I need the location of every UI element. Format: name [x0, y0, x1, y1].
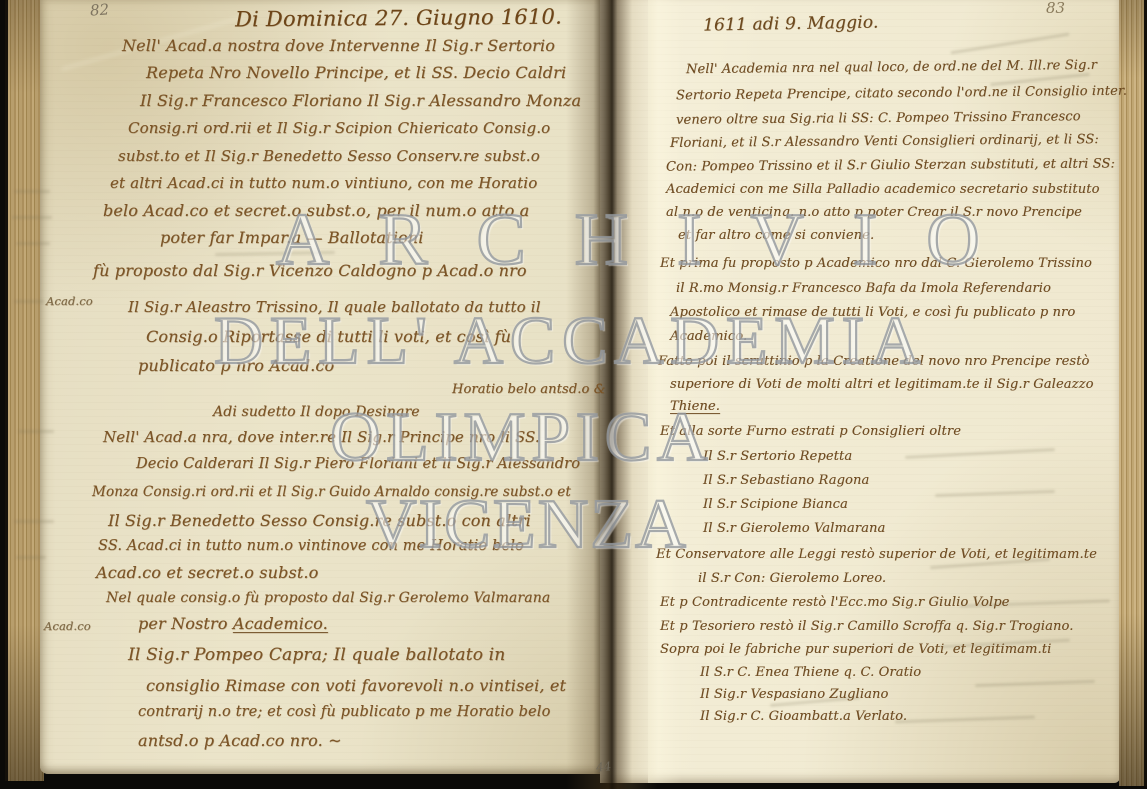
manuscript-line: Consig.ri ord.rii et Il Sig.r Scipion Ch… [128, 119, 550, 137]
manuscript-line: Adi sudetto Il dopo Desinare [213, 404, 420, 420]
manuscript-line: al n.o de venticinq. n.o atto p poter Cr… [666, 205, 1082, 220]
manuscript-line: belo Acad.co et secret.o subst.o, per il… [103, 201, 529, 220]
manuscript-line: Il S.r Sebastiano Ragona [703, 473, 869, 488]
manuscript-line: superiore di Voti de molti altri et legi… [670, 377, 1094, 392]
manuscript-line: Horatio belo antsd.o & [452, 382, 605, 397]
manuscript-line: il R.mo Monsig.r Francesco Bafa da Imola… [676, 281, 1051, 296]
manuscript-line: consiglio Rimase con voti favorevoli n.o… [146, 676, 566, 695]
margin-note-academico: Acad.co [46, 294, 93, 308]
manuscript-line: et far altro come si conviene. [678, 228, 874, 243]
left-page-date-heading: Di Dominica 27. Giugno 1610. [235, 5, 562, 32]
gutter-foliation-number: 44 [595, 759, 612, 775]
manuscript-line: Il Sig.r Pompeo Capra; Il quale ballotat… [128, 645, 505, 665]
bleed-through-text [18, 430, 54, 433]
manuscript-line: Et prima fu proposto p Academico nro dal… [660, 256, 1092, 271]
manuscript-line: Thiene. [670, 399, 720, 414]
manuscript-line: Et alla sorte Furno estrati p Consiglier… [660, 424, 961, 439]
manuscript-line: Fatto poi il scruttinio p la Creatione d… [658, 354, 1090, 369]
manuscript-line: Sopra poi le fabriche pur superiori de V… [660, 642, 1051, 657]
manuscript-line: Apostolico et rimase de tutti li Voti, e… [670, 305, 1075, 320]
manuscript-line: fù proposto dal Sig.r Vicenzo Caldogno p… [93, 261, 527, 280]
manuscript-line: Il Sig.r Aleastro Trissino, Il quale bal… [128, 298, 541, 316]
manuscript-line: Academico. [670, 329, 747, 344]
manuscript-line: Acad.co et secret.o subst.o [96, 563, 318, 582]
manuscript-line: et altri Acad.ci in tutto num.o vintiuno… [110, 174, 537, 192]
manuscript-line: Repeta Nro Novello Principe, et li SS. D… [146, 63, 566, 82]
manuscript-line: per Nostro Academico. [138, 614, 328, 633]
line-text: per Nostro [138, 614, 233, 633]
manuscript-line: Nell' Acad.a nra, dove inter.re Il Sig.r… [103, 428, 540, 446]
bleed-through-text [14, 190, 50, 193]
manuscript-line: Monza Consig.ri ord.rii et Il Sig.r Guid… [92, 484, 571, 500]
manuscript-line: il S.r Con: Gierolemo Loreo. [698, 571, 886, 586]
manuscript-line: Nel quale consig.o fù proposto dal Sig.r… [106, 590, 550, 606]
manuscript-line: publicato p nro Acad.co [138, 356, 334, 375]
manuscript-line: Il Sig.r Francesco Floriano Il Sig.r Ale… [140, 91, 581, 110]
manuscript-line: antsd.o p Acad.co nro. ~ [138, 731, 342, 750]
bleed-through-text [16, 242, 50, 245]
manuscript-line: Il S.r Sertorio Repetta [703, 449, 852, 464]
manuscript-line: Il Sig.r Vespasiano Zugliano [700, 687, 888, 702]
margin-note-academico: Acad.co [44, 619, 91, 633]
manuscript-scan: 82 83 44 Di Dominica 27. Giugno 1610. Ne… [0, 0, 1147, 789]
manuscript-line: Il S.r Scipione Bianca [703, 497, 848, 512]
manuscript-line: Il S.r Gierolemo Valmarana [703, 521, 885, 536]
manuscript-line: Decio Calderari Il Sig.r Piero Floriani … [136, 456, 580, 472]
manuscript-line: Consig.o Riportasse di tutti li voti, et… [146, 327, 511, 346]
manuscript-line: Il Sig.r C. Gioambatt.a Verlato. [700, 709, 907, 724]
manuscript-line: Il S.r C. Enea Thiene q. C. Oratio [700, 665, 921, 680]
manuscript-line: Et Conservatore alle Leggi restò superio… [656, 547, 1097, 562]
manuscript-line: Et p Tesoriero restò il Sig.r Camillo Sc… [660, 619, 1073, 634]
manuscript-line: Nell' Acad.a nostra dove Intervenne Il S… [122, 36, 555, 55]
manuscript-line: Et p Contradicente restò l'Ecc.mo Sig.r … [660, 595, 1009, 610]
underlined-word: Academico. [233, 614, 328, 633]
left-fore-edge [5, 0, 44, 781]
manuscript-line: Academici con me Silla Palladio academic… [666, 182, 1100, 197]
manuscript-line: Con: Pompeo Trissino et il S.r Giulio St… [666, 156, 1115, 174]
manuscript-line: Il Sig.r Benedetto Sesso Consig.re subst… [108, 511, 531, 530]
bleed-through-text [14, 520, 54, 523]
manuscript-line: SS. Acad.ci in tutto num.o vintinove con… [98, 538, 524, 554]
folio-number-left: 82 [89, 0, 109, 19]
manuscript-line: contrarij n.o tre; et così fù publicato … [138, 704, 550, 720]
folio-number-right: 83 [1046, 0, 1065, 17]
manuscript-line: poter far Impar.a — Ballotationi [160, 228, 424, 247]
bleed-through-text [16, 556, 46, 559]
right-fore-edge [1119, 0, 1147, 786]
right-page-date-heading: 1611 adi 9. Maggio. [703, 12, 879, 35]
bleed-through-text [12, 216, 52, 219]
bleed-through-text [14, 300, 44, 303]
manuscript-line: subst.to et Il Sig.r Benedetto Sesso Con… [118, 147, 540, 165]
